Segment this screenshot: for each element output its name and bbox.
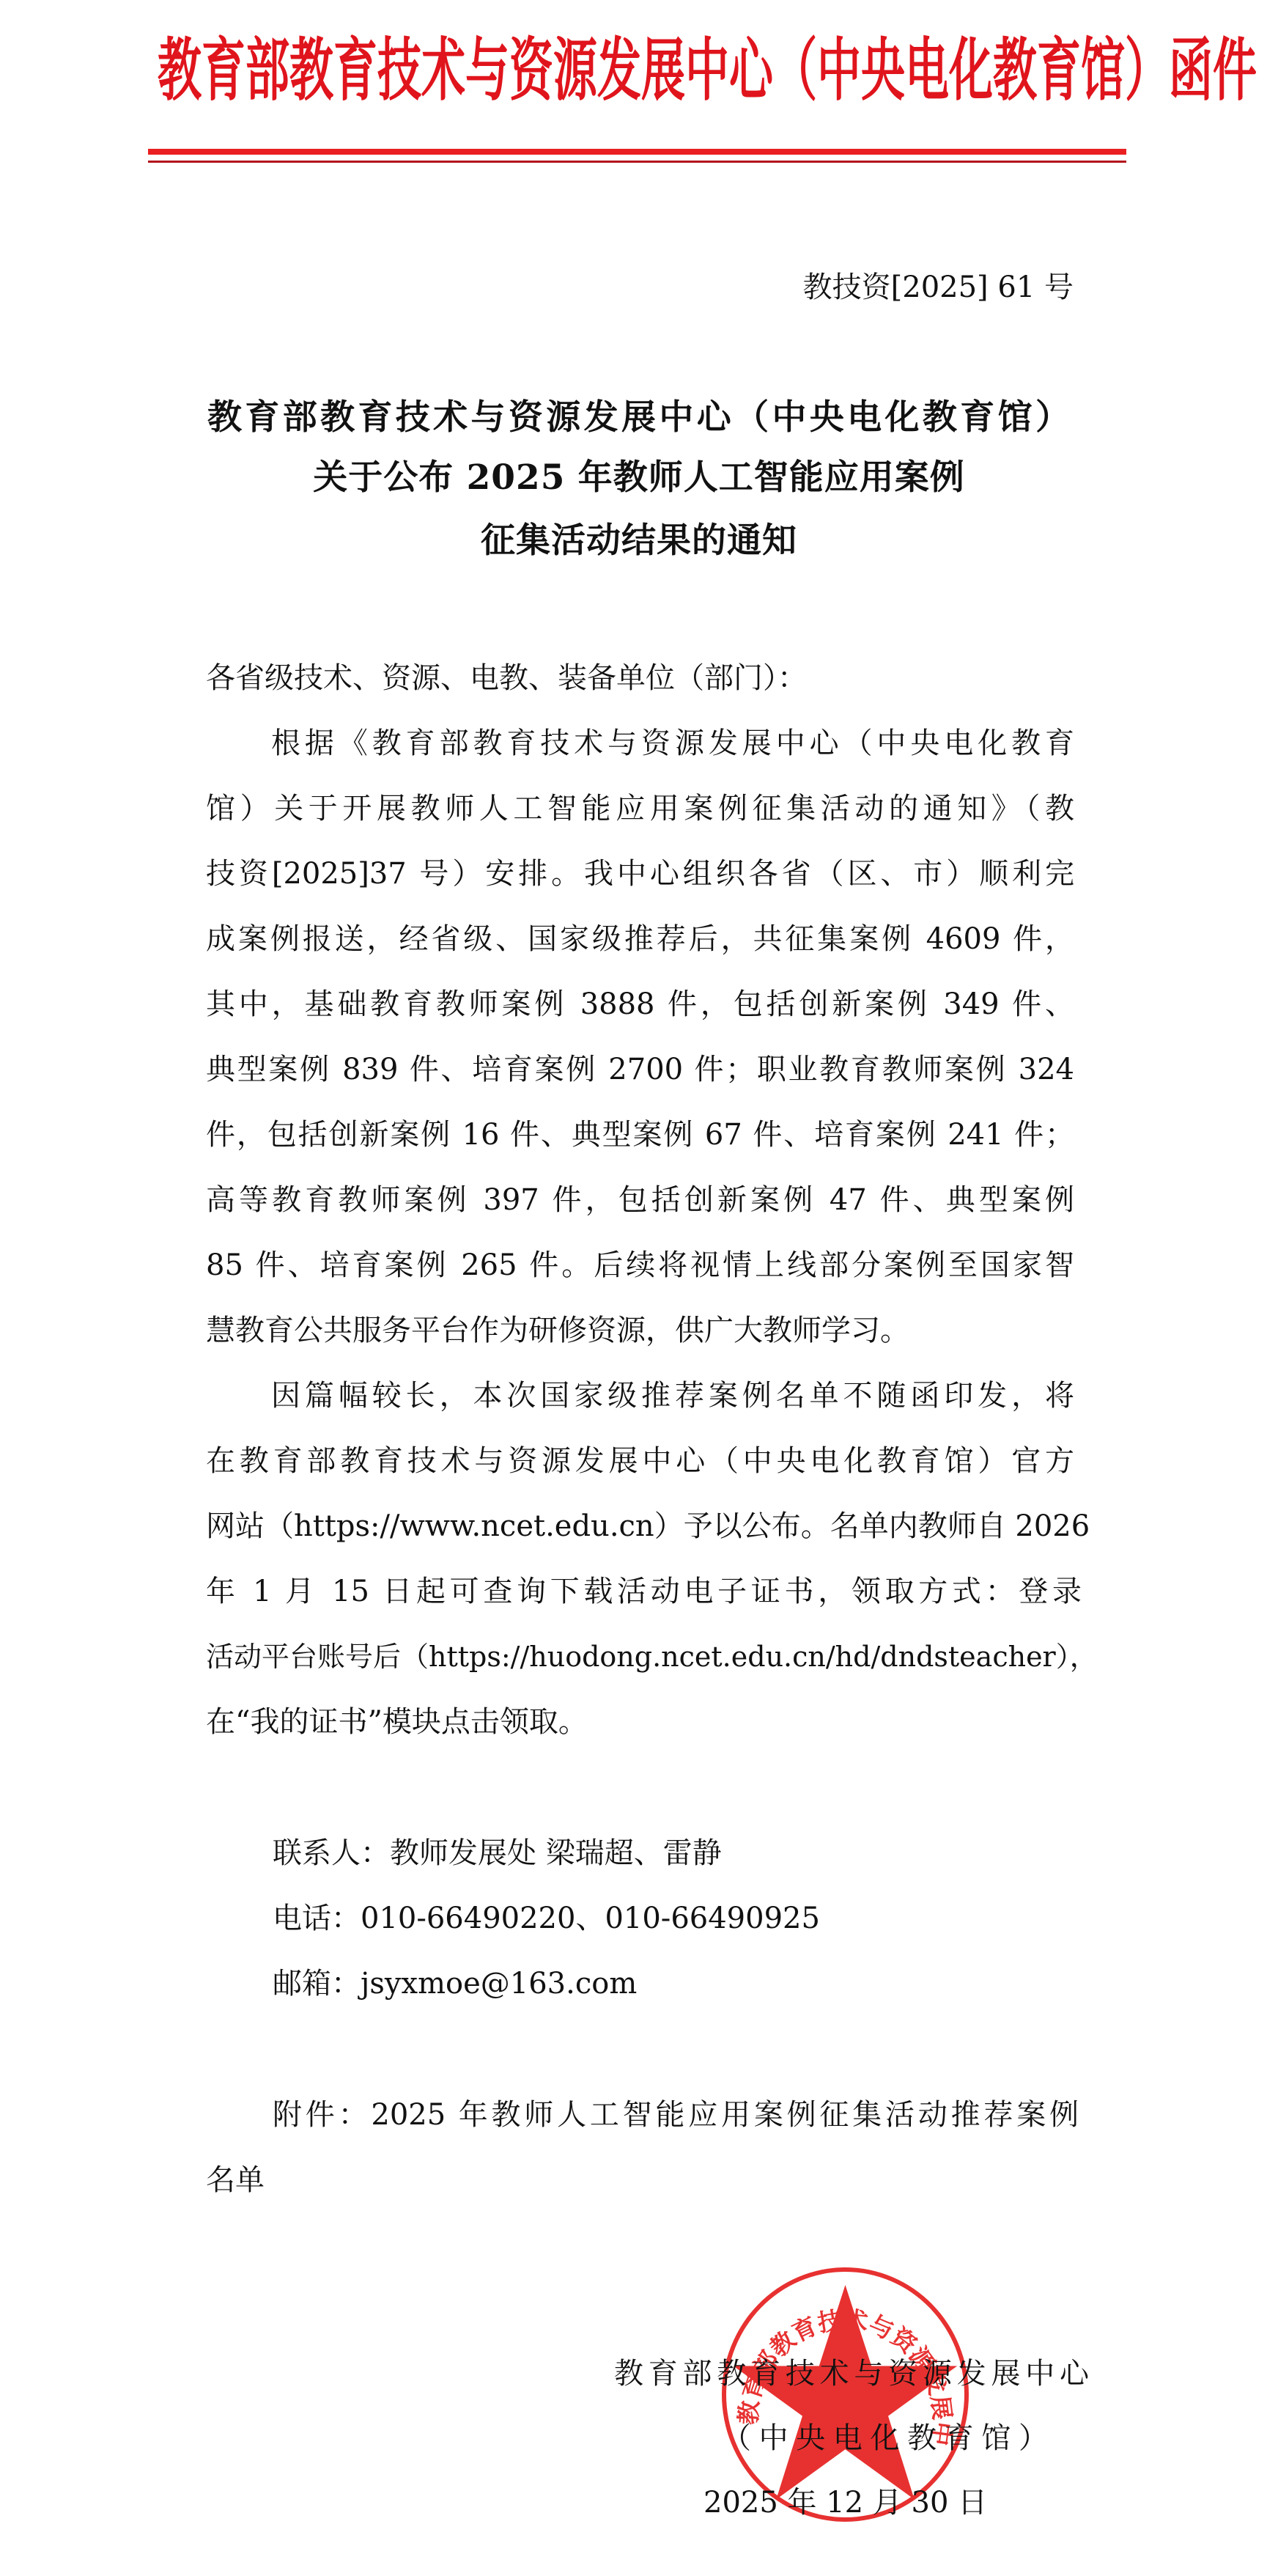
contact-person: 联系人：教师发展处 梁瑞超、雷静 [273, 1831, 722, 1875]
letterhead-rule-thick [148, 149, 1126, 155]
document-page: 教育部教育技术与资源发展中心（中央电化教育馆）函件 教技资[2025] 61 号… [0, 0, 1278, 2576]
attachment-line-2: 名单 [206, 2158, 265, 2202]
contact-phone: 电话：010-66490220、010-66490925 [273, 1896, 820, 1940]
paragraph-2-line: 在教育部教育技术与资源发展中心（中央电化教育馆）官方 [206, 1439, 1074, 1483]
paragraph-1-line: 其中，基础教育教师案例 3888 件，包括创新案例 349 件、 [206, 982, 1074, 1026]
paragraph-2-line: 因篇幅较长，本次国家级推荐案例名单不随函印发，将 [271, 1374, 1074, 1418]
title-line-2: 关于公布 2025 年教师人工智能应用案例 [147, 456, 1131, 500]
signature-org-line-1: 教育部教育技术与资源发展中心 [614, 2352, 1089, 2396]
document-number: 教技资[2025] 61 号 [802, 265, 1074, 309]
paragraph-1-line: 成案例报送，经省级、国家级推荐后，共征集案例 4609 件， [206, 917, 1074, 961]
paragraph-2-line-platform: 活动平台账号后（https://huodong.ncet.edu.cn/hd/d… [206, 1635, 1078, 1679]
paragraph-1-line: 85 件、培育案例 265 件。后续将视情上线部分案例至国家智 [206, 1243, 1074, 1287]
title-line-1: 教育部教育技术与资源发展中心（中央电化教育馆） [207, 396, 1070, 440]
paragraph-2-line: 在“我的证书”模块点击领取。 [206, 1700, 588, 1744]
paragraph-1-line: 技资[2025]37 号）安排。我中心组织各省（区、市）顺利完 [206, 852, 1074, 896]
paragraph-1-line: 馆）关于开展教师人工智能应用案例征集活动的通知》（教 [206, 787, 1074, 831]
salutation: 各省级技术、资源、电教、装备单位（部门）： [206, 656, 807, 700]
title-line-3: 征集活动结果的通知 [147, 519, 1131, 563]
paragraph-1-line: 高等教育教师案例 397 件，包括创新案例 47 件、典型案例 [206, 1178, 1074, 1222]
signature-date: 2025 年 12 月 30 日 [703, 2481, 976, 2525]
paragraph-2-line: 年 1 月 15 日起可查询下载活动电子证书，领取方式：登录 [206, 1569, 1082, 1613]
letterhead-rule-thin [148, 161, 1126, 163]
paragraph-1-line: 件，包括创新案例 16 件、典型案例 67 件、培育案例 241 件； [206, 1113, 1074, 1157]
letterhead-title: 教育部教育技术与资源发展中心（中央电化教育馆）函件 [158, 9, 1118, 134]
paragraph-2-line-website: 网站（https://www.ncet.edu.cn）予以公布。名单内教师自 2… [206, 1504, 1082, 1548]
attachment-line-1: 附件：2025 年教师人工智能应用案例征集活动推荐案例 [273, 2093, 1079, 2137]
signature-org-line-2: （中央电化教育馆） [722, 2416, 1048, 2460]
paragraph-1-line: 根据《教育部教育技术与资源发展中心（中央电化教育 [271, 721, 1074, 765]
paragraph-1-line: 慧教育公共服务平台作为研修资源，供广大教师学习。 [206, 1309, 909, 1353]
contact-email: 邮箱：jsyxmoe@163.com [273, 1962, 637, 2006]
paragraph-1-line: 典型案例 839 件、培育案例 2700 件；职业教育教师案例 324 [206, 1048, 1074, 1092]
